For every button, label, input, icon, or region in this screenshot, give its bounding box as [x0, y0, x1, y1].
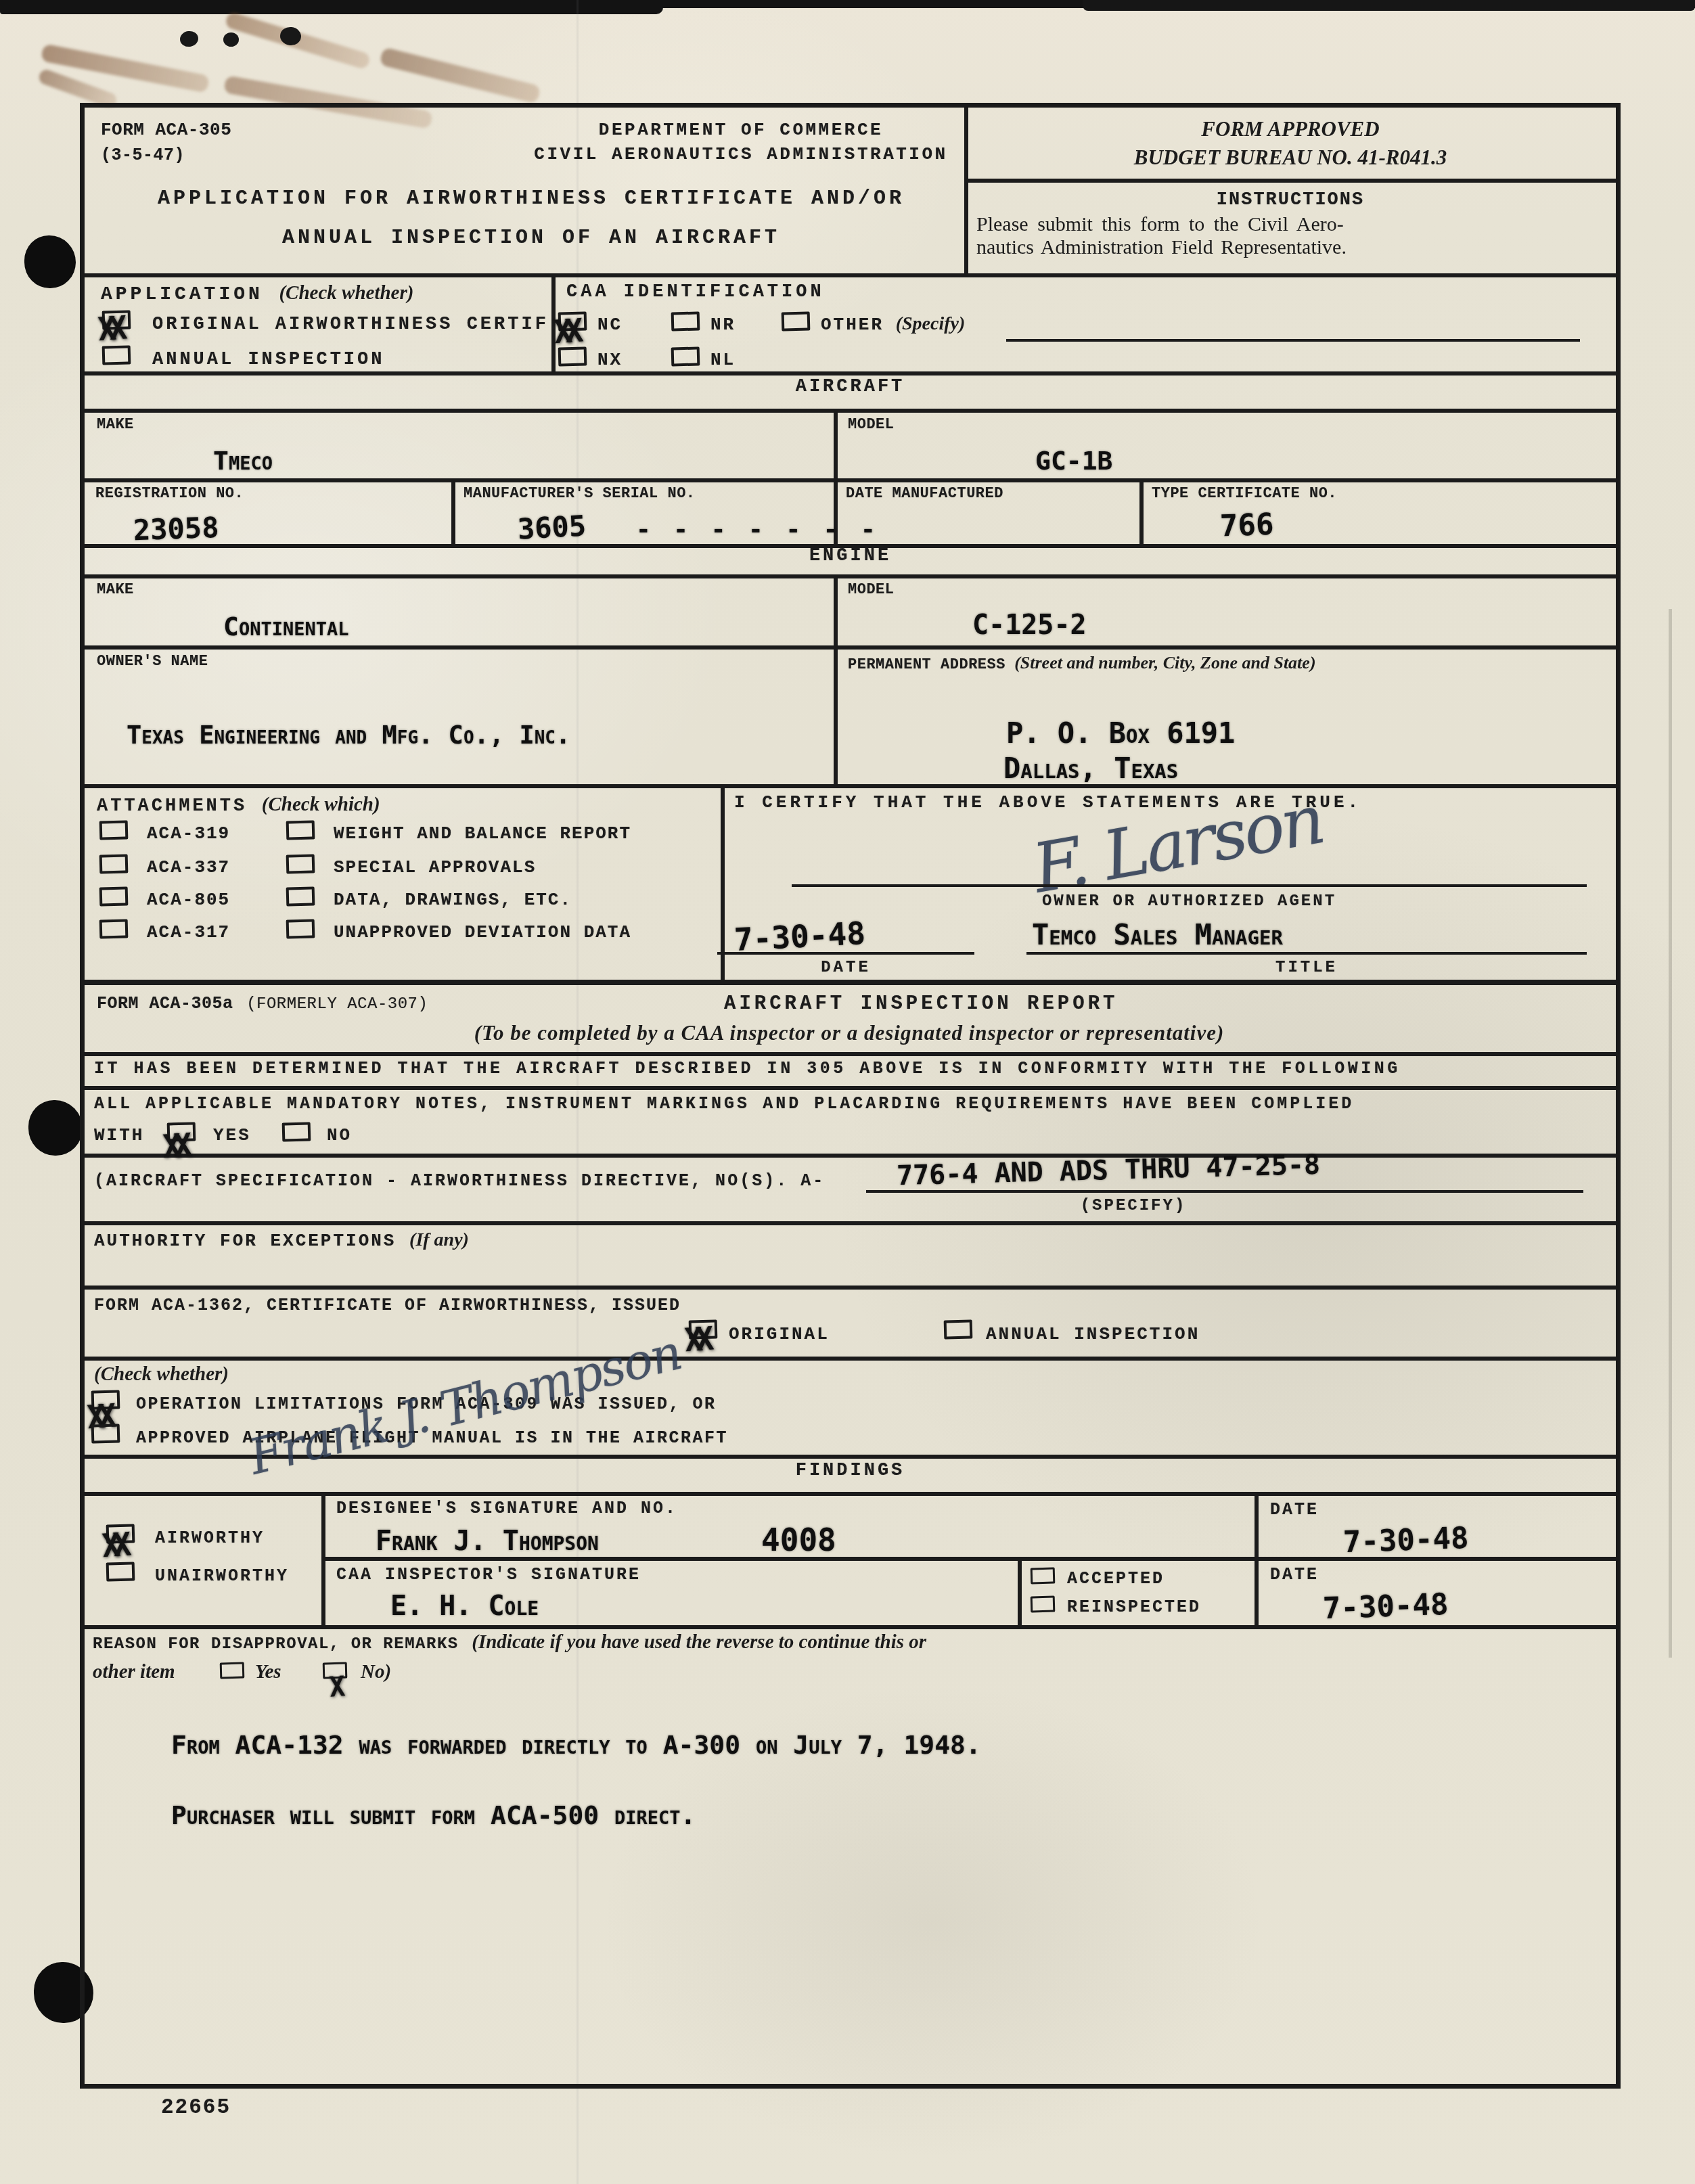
date-manufactured-label: DATE MANUFACTURED: [846, 485, 1003, 502]
form-number: FORM ACA-305: [101, 120, 231, 140]
inspection-form-label-group: FORM ACA-305a (FORMERLY ACA-307): [97, 994, 428, 1014]
aircraft-model-value: GC-1B: [1035, 446, 1112, 476]
ink-smudge: [379, 47, 541, 104]
punch-hole: [28, 1100, 83, 1156]
scan-edge-top-right: [1083, 0, 1695, 11]
unapproved-deviation-label: UNAPPROVED DEVIATION DATA: [334, 922, 631, 942]
designee-date-value: 7-30-48: [1342, 1521, 1469, 1560]
rule: [321, 1492, 325, 1625]
aca-805-checkbox: [99, 886, 129, 906]
type-certificate-value: 766: [1219, 507, 1274, 544]
address-line-2: Dallas, Texas: [1003, 752, 1178, 785]
date-caption: DATE: [717, 959, 974, 977]
designee-number: 4008: [761, 1522, 836, 1558]
punch-hole: [24, 235, 76, 288]
checkbox-mark: XX: [97, 310, 122, 348]
permanent-address-label: PERMANENT ADDRESS: [848, 656, 1005, 673]
paper-edge-shadow: [1669, 609, 1672, 1658]
serial-value: 3605: [517, 509, 587, 545]
authority-label-group: AUTHORITY FOR EXCEPTIONS (If any): [94, 1229, 469, 1251]
authority-note: (If any): [409, 1229, 469, 1250]
instructions-box: INSTRUCTIONS Please submit this form to …: [971, 190, 1610, 259]
type-certificate-label: TYPE CERTIFICATE NO.: [1152, 485, 1337, 502]
application-note: (Check whether): [279, 282, 413, 304]
aircraft-section-header: AIRCRAFT: [85, 377, 1616, 397]
scan-edge-top-thick: [0, 0, 663, 14]
inspector-date-label: DATE: [1270, 1565, 1319, 1585]
checkbox-mark: X: [328, 1670, 346, 1703]
spec-label: (AIRCRAFT SPECIFICATION - AIRWORTHINESS …: [94, 1171, 825, 1191]
rule: [85, 784, 1616, 788]
engine-model-label: MODEL: [848, 581, 895, 598]
with-label: WITH: [94, 1125, 144, 1145]
aca-317-label: ACA-317: [147, 922, 230, 942]
rule: [1255, 1492, 1259, 1625]
date-line: [717, 952, 974, 955]
aircraft-model-label: MODEL: [848, 416, 895, 433]
rule: [85, 1357, 1616, 1361]
rule: [834, 409, 838, 478]
rule: [85, 273, 1616, 277]
scanned-form-page: FORM ACA-305 (3-5-47) DEPARTMENT OF COMM…: [0, 0, 1695, 2184]
authority-label: AUTHORITY FOR EXCEPTIONS: [94, 1231, 396, 1251]
rule: [85, 371, 1616, 376]
nx-label: NX: [597, 350, 623, 370]
check-whether-note: (Check whether): [94, 1363, 229, 1386]
title-line-1: APPLICATION FOR AIRWORTHINESS CERTIFICAT…: [112, 187, 951, 210]
inspector-name: E. H. Cole: [390, 1591, 539, 1622]
remarks-note-line1: (Indicate if you have used the reverse t…: [472, 1631, 926, 1653]
permanent-address-label-group: PERMANENT ADDRESS (Street and number, Ci…: [848, 653, 1599, 673]
annual-inspection-label: ANNUAL INSPECTION: [152, 350, 384, 370]
inspection-subtitle: (To be completed by a CAA inspector or a…: [186, 1021, 1512, 1045]
airworthy-label: AIRWORTHY: [155, 1528, 265, 1548]
rule: [85, 1625, 1616, 1629]
rule: [85, 1221, 1616, 1225]
other-specify-note: (Specify): [896, 313, 966, 334]
aca-319-label: ACA-319: [147, 823, 230, 844]
unairworthy-checkbox: [106, 1562, 135, 1581]
application-section-label: APPLICATION (Check whether): [101, 282, 413, 305]
weight-balance-checkbox: [286, 820, 315, 840]
aca-337-label: ACA-337: [147, 857, 230, 878]
instructions-body-line-1: Please submit this form to the Civil Aer…: [971, 213, 1610, 236]
rule: [85, 1086, 1616, 1090]
determination-line: IT HAS BEEN DETERMINED THAT THE AIRCRAFT…: [94, 1059, 1401, 1078]
issued-annual-checkbox: [944, 1319, 973, 1339]
rule: [85, 478, 1616, 482]
designee-label: DESIGNEE'S SIGNATURE AND NO.: [336, 1499, 677, 1518]
application-label: APPLICATION: [101, 284, 263, 305]
rule: [85, 409, 1616, 413]
inspector-date-value: 7-30-48: [1322, 1587, 1449, 1626]
issued-annual-label: ANNUAL INSPECTION: [986, 1324, 1200, 1344]
spec-line: [866, 1190, 1583, 1193]
checkbox-mark: XX: [101, 1526, 126, 1565]
form-approved-line: FORM APPROVED: [971, 117, 1610, 141]
other-label-group: OTHER (Specify): [821, 313, 965, 335]
engine-make-label: MAKE: [97, 581, 134, 598]
remarks-yes-label: Yes: [255, 1661, 281, 1683]
attachments-note: (Check which): [262, 794, 380, 815]
weight-balance-label: WEIGHT AND BALANCE REPORT: [334, 823, 631, 844]
attachments-label: ATTACHMENTS: [97, 796, 247, 817]
nl-label: NL: [710, 350, 736, 370]
permanent-address-note: (Street and number, City, Zone and State…: [1014, 653, 1315, 673]
rule: [85, 1286, 1616, 1290]
other-specify-line: [1006, 339, 1580, 342]
accepted-checkbox: [1031, 1568, 1056, 1585]
remarks-yes-checkbox: [220, 1662, 245, 1679]
instructions-title: INSTRUCTIONS: [971, 190, 1610, 210]
inspector-label: CAA INSPECTOR'S SIGNATURE: [336, 1565, 641, 1585]
rule: [85, 1154, 1616, 1158]
certify-title-value: Temco Sales Manager: [1032, 918, 1283, 951]
special-approvals-checkbox: [286, 854, 315, 873]
nr-label: NR: [710, 315, 736, 335]
aca-805-label: ACA-805: [147, 890, 230, 910]
budget-bureau-line: BUDGET BUREAU NO. 41-R041.3: [971, 145, 1610, 170]
ink-dot: [179, 30, 200, 48]
other-checkbox: [782, 311, 811, 331]
annual-inspection-checkbox: [102, 345, 131, 365]
original-airworthiness-label: ORIGINAL AIRWORTHINESS CERTIF.: [152, 315, 562, 335]
remarks-no-label: No): [361, 1661, 391, 1683]
page-title: APPLICATION FOR AIRWORTHINESS CERTIFICAT…: [112, 187, 951, 250]
engine-make-value: Continental: [223, 612, 348, 641]
title-line: [1026, 952, 1587, 955]
nc-label: NC: [597, 315, 623, 335]
rule: [451, 478, 455, 544]
compliance-no-label: NO: [327, 1125, 352, 1145]
designee-date-label: DATE: [1270, 1500, 1319, 1520]
rule: [834, 645, 838, 784]
nx-checkbox: [558, 346, 587, 366]
checkbox-mark: XX: [683, 1321, 708, 1359]
aca-317-checkbox: [99, 919, 129, 938]
owner-name-label: OWNER'S NAME: [97, 653, 208, 670]
accepted-label: ACCEPTED: [1067, 1569, 1165, 1589]
rule: [85, 645, 1616, 650]
reinspected-checkbox: [1031, 1596, 1056, 1613]
remarks-note-line2: other item: [93, 1661, 175, 1683]
remarks-label: REASON FOR DISAPPROVAL, OR REMARKS: [93, 1635, 459, 1654]
nl-checkbox: [671, 346, 700, 366]
address-line-1: P. O. Box 6191: [1006, 716, 1235, 750]
rule: [1018, 1557, 1022, 1625]
compliance-yes-label: YES: [213, 1125, 251, 1145]
inspection-formerly-label: (FORMERLY ACA-307): [246, 995, 428, 1014]
rule: [85, 1052, 1616, 1056]
serial-label: MANUFACTURER'S SERIAL NO.: [464, 485, 696, 502]
registration-value: 23058: [133, 511, 219, 547]
other-label: OTHER: [821, 315, 884, 335]
issued-original-label: ORIGINAL: [729, 1324, 830, 1344]
checkbox-mark: XX: [162, 1127, 187, 1166]
checkbox-mark: XX: [553, 313, 578, 351]
flight-manual-checkbox: [91, 1424, 120, 1443]
owner-name-value: Texas Engineering and Mfg. Co., Inc.: [127, 721, 570, 750]
data-drawings-label: DATA, DRAWINGS, ETC.: [334, 890, 572, 910]
ink-dot: [223, 32, 239, 47]
reinspected-label: REINSPECTED: [1067, 1597, 1201, 1617]
caa-identification-label: CAA IDENTIFICATION: [566, 282, 825, 302]
rule: [321, 1557, 1616, 1561]
compliance-line: ALL APPLICABLE MANDATORY NOTES, INSTRUME…: [94, 1094, 1354, 1114]
instructions-body-line-2: nautics Administration Field Representat…: [971, 236, 1610, 259]
rule: [834, 574, 838, 645]
engine-section-header: ENGINE: [85, 546, 1616, 566]
rule: [85, 980, 1616, 985]
rule: [964, 179, 1616, 183]
aircraft-make-label: MAKE: [97, 416, 134, 433]
unapproved-deviation-checkbox: [286, 919, 315, 938]
aca-1362-label: FORM ACA-1362, CERTIFICATE OF AIRWORTHIN…: [94, 1296, 681, 1315]
remarks-label-group: REASON FOR DISAPPROVAL, OR REMARKS (Indi…: [93, 1631, 926, 1654]
aca-337-checkbox: [99, 854, 129, 873]
aircraft-make-value: Tmeco: [213, 446, 273, 476]
special-approvals-label: SPECIAL APPROVALS: [334, 857, 536, 878]
signature-line: [792, 884, 1587, 887]
data-drawings-checkbox: [286, 886, 315, 906]
footer-serial-number: 22665: [161, 2096, 231, 2120]
remarks-body-line2: Purchaser will submit form ACA-500 direc…: [171, 1800, 696, 1830]
rule: [1139, 478, 1144, 544]
designee-typed-name: Frank J. Thompson: [376, 1526, 599, 1557]
inspection-form-label: FORM ACA-305a: [97, 994, 233, 1014]
attachments-label-group: ATTACHMENTS (Check which): [97, 794, 380, 817]
nr-checkbox: [671, 311, 700, 331]
agent-caption: OWNER OR AUTHORIZED AGENT: [792, 892, 1587, 911]
remarks-body-line1: From ACA-132 was forwarded directly to A…: [171, 1730, 981, 1760]
unairworthy-label: UNAIRWORTHY: [155, 1566, 289, 1586]
rule: [85, 574, 1616, 578]
date-manufactured-value: - - - - - - -: [636, 516, 880, 544]
form-border: FORM ACA-305 (3-5-47) DEPARTMENT OF COMM…: [80, 103, 1621, 2089]
form-revision: (3-5-47): [101, 145, 185, 165]
aca-319-checkbox: [99, 820, 129, 840]
title-caption: TITLE: [1026, 959, 1587, 977]
title-line-2: ANNUAL INSPECTION OF AN AIRCRAFT: [112, 227, 951, 250]
rule: [85, 1492, 1616, 1496]
inspection-title: AIRCRAFT INSPECTION REPORT: [724, 993, 1118, 1015]
specify-caption: (SPECIFY): [964, 1197, 1303, 1215]
compliance-no-checkbox: [282, 1122, 311, 1141]
registration-label: REGISTRATION NO.: [95, 485, 244, 502]
engine-model-value: C-125-2: [972, 610, 1087, 641]
form-approved-box: FORM APPROVED BUDGET BUREAU NO. 41-R041.…: [971, 117, 1610, 170]
